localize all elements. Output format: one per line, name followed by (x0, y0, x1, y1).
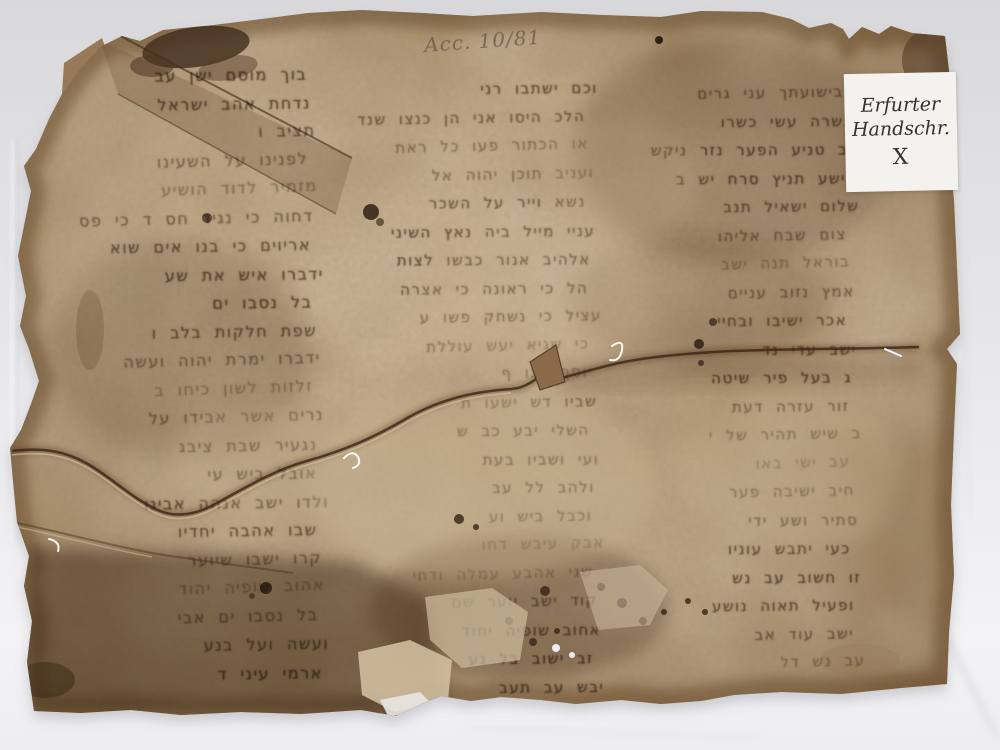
flaked-patches (358, 565, 668, 716)
collection-label: Erfurter Handschr. X (844, 72, 958, 192)
through-holes (552, 644, 575, 658)
photograph-of-manuscript: בוך מוסם ישן עבנדחת אהב ישראלתציב ולפנינ… (0, 0, 1000, 750)
collection-label-line1: Erfurter (861, 93, 941, 117)
collection-label-shelfmark: X (892, 145, 910, 170)
collection-label-line2: Handschr. (852, 117, 950, 141)
